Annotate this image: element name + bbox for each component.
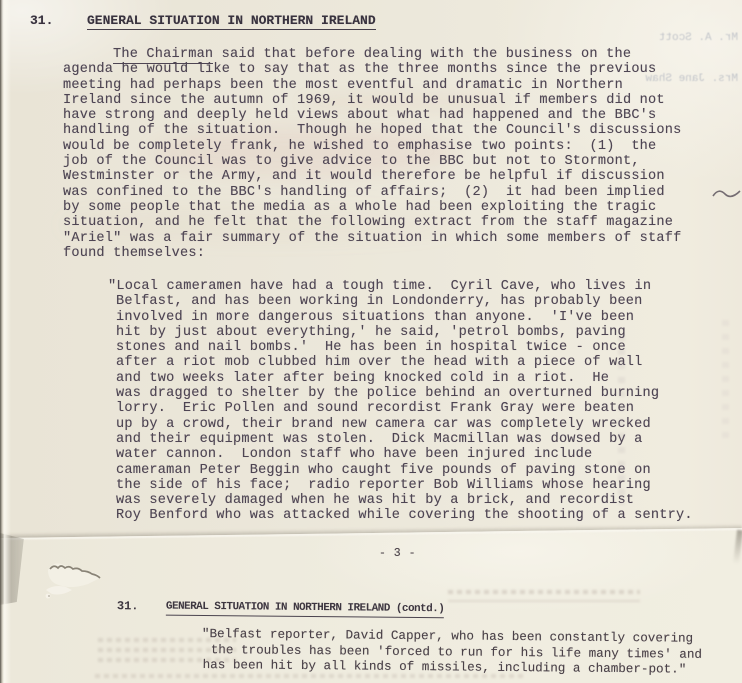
quote-line: was dragged to shelter by the police beh… [108, 386, 693, 401]
quote-line: "Local cameramen have had a tough time. … [108, 279, 693, 294]
chairman-underlined-text: The Chairman [113, 47, 213, 64]
page-1: Mr. A. Scott Mrs. Jane Shaw 31. GENERAL … [0, 0, 742, 540]
quote-line: stones and nail bombs.' He has been in h… [108, 340, 693, 355]
quote-line: the side of his face; radio reporter Bob… [108, 478, 693, 493]
section-number: 31. [117, 599, 139, 613]
quote-line: hit by just about everything,' he said, … [108, 325, 693, 340]
body-line: found themselves: [63, 246, 681, 261]
body-line: by some people that the media as a whole… [63, 200, 681, 215]
section-heading: GENERAL SITUATION IN NORTHERN IRELAND (c… [166, 601, 444, 618]
pen-squiggle-mark [712, 188, 742, 200]
quote-line: after a riot mob clubbed him over the he… [108, 355, 693, 370]
section-number: 31. [30, 13, 53, 28]
quote-line: cameraman Peter Beggin who caught five p… [108, 463, 693, 478]
quote-line: and their equipment was stolen. Dick Mac… [108, 432, 693, 447]
quote-block: "Local cameramen have had a tough time. … [108, 279, 693, 524]
body-line: handling of the situation. Though he hop… [63, 123, 681, 138]
body-line: was confined to the BBC's handling of af… [63, 185, 681, 200]
quote-line: and two weeks later after being knocked … [108, 371, 693, 386]
bleed-through-text: Mr. A. Scott Mrs. Jane Shaw [588, 5, 738, 113]
page-number: - 3 - [379, 547, 416, 560]
quote-line: was severely damaged when he was hit by … [108, 493, 693, 508]
body-line: would be completely frank, he wished to … [63, 139, 681, 154]
body-line: job of the Council was to give advice to… [63, 154, 681, 169]
body-line: situation, and he felt that the followin… [63, 215, 681, 230]
quote-block: "Belfast reporter, David Capper, who has… [202, 627, 703, 678]
quote-line: Roy Benford who was attacked while cover… [108, 508, 693, 523]
bleed-through-column [618, 335, 625, 505]
body-line-text: said that before dealing with the busine… [213, 47, 631, 62]
paper-tear [36, 550, 116, 602]
bleed-line: Mr. A. Scott [588, 32, 738, 46]
quote-line: involved in more dangerous situations th… [108, 310, 693, 325]
body-line: Westminster or the Army, and it would th… [63, 169, 681, 184]
section-heading: GENERAL SITUATION IN NORTHERN IRELAND [87, 13, 376, 30]
quote-line: water cannon. London staff who have been… [108, 447, 693, 462]
bleed-line: Mrs. Jane Shaw [588, 73, 738, 87]
body-line: "Ariel" was a fair summary of the situat… [63, 231, 681, 246]
quote-line: lorry. Eric Pollen and sound recordist F… [108, 401, 693, 416]
quote-line: Belfast, and has been working in Londond… [108, 294, 693, 309]
bleed-through-text [448, 590, 640, 608]
quote-line: up by a crowd, their brand new camera ca… [108, 417, 693, 432]
bleed-through-column [722, 320, 729, 440]
